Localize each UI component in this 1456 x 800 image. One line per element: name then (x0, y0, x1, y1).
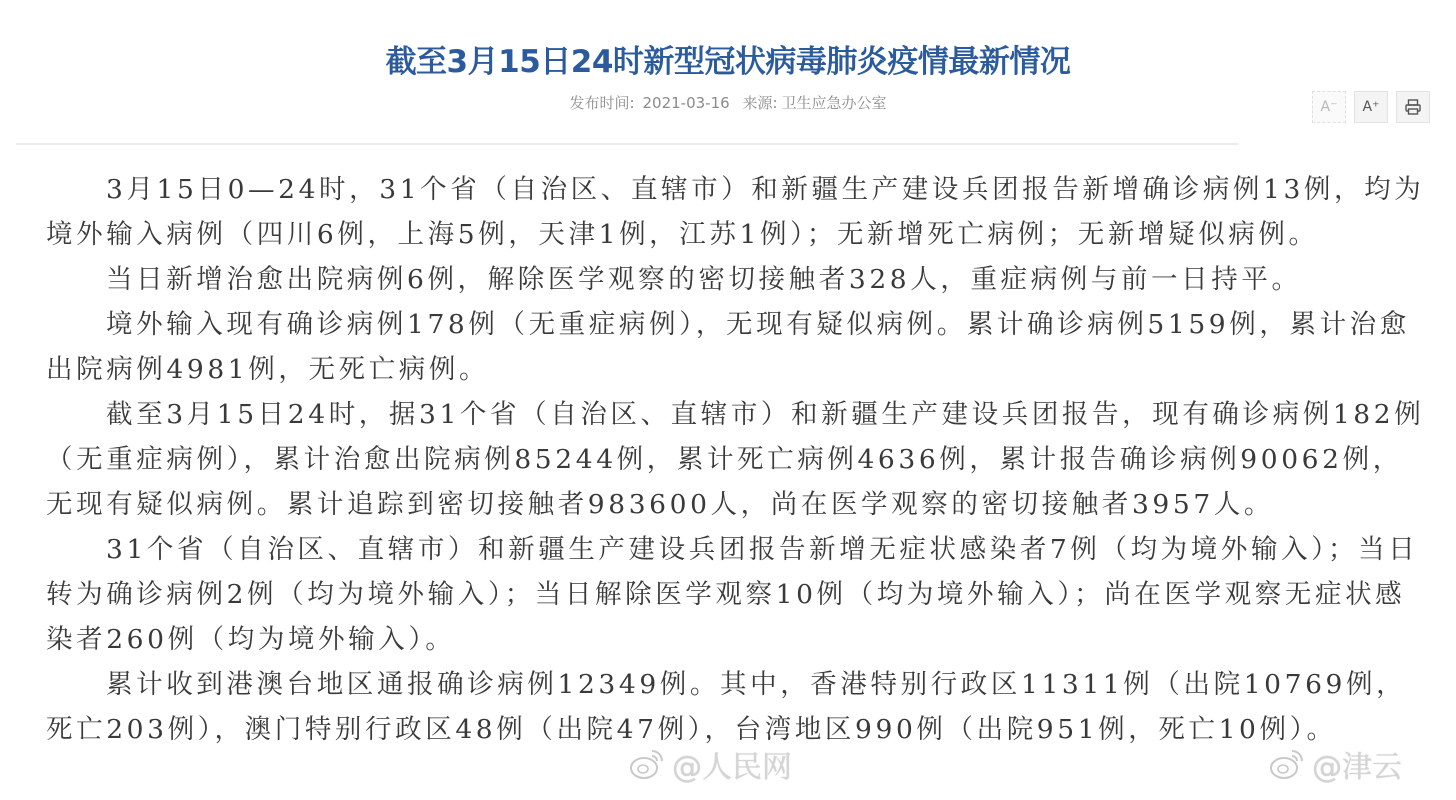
font-increase-icon: A⁺ (1363, 99, 1380, 115)
font-decrease-button[interactable]: A⁻ (1312, 91, 1346, 123)
source-name: 卫生应急办公室 (782, 94, 887, 112)
article-meta: 发布时间:2021-03-16 来源:卫生应急办公室 (0, 92, 1456, 114)
publish-time-label: 发布时间: (569, 94, 634, 112)
source-label: 来源: (742, 94, 777, 112)
publish-date: 2021-03-16 (643, 94, 730, 112)
font-increase-button[interactable]: A⁺ (1354, 91, 1388, 123)
watermark-text: @津云 (1312, 742, 1402, 786)
font-decrease-icon: A⁻ (1321, 99, 1338, 115)
article-body: 3月15日0—24时，31个省（自治区、直辖市）和新疆生产建设兵团报告新增确诊病… (46, 167, 1426, 752)
paragraph-asymptomatic: 31个省（自治区、直辖市）和新疆生产建设兵团报告新增无症状感染者7例（均为境外输… (46, 527, 1426, 662)
weibo-icon (628, 747, 666, 781)
paragraph-new-cases: 3月15日0—24时，31个省（自治区、直辖市）和新疆生产建设兵团报告新增确诊病… (46, 167, 1426, 257)
paragraph-cumulative: 截至3月15日24时，据31个省（自治区、直辖市）和新疆生产建设兵团报告，现有确… (46, 392, 1426, 527)
weibo-icon (1268, 747, 1306, 781)
header-divider (16, 143, 1238, 145)
article-title: 截至3月15日24时新型冠状病毒肺炎疫情最新情况 (0, 39, 1456, 85)
paragraph-imported: 境外输入现有确诊病例178例（无重症病例），无现有疑似病例。累计确诊病例5159… (46, 302, 1426, 392)
article-tools: A⁻ A⁺ (1312, 91, 1430, 123)
paragraph-recovered: 当日新增治愈出院病例6例，解除医学观察的密切接触者328人，重症病例与前一日持平… (46, 257, 1426, 302)
print-button[interactable] (1396, 91, 1430, 123)
print-icon (1404, 98, 1422, 116)
watermark-jinyun: @津云 (1268, 742, 1402, 786)
watermark-text: @人民网 (672, 742, 792, 786)
watermark-renminwang: @人民网 (628, 742, 792, 786)
paragraph-hk-macao-taiwan: 累计收到港澳台地区通报确诊病例12349例。其中，香港特别行政区11311例（出… (46, 662, 1426, 752)
